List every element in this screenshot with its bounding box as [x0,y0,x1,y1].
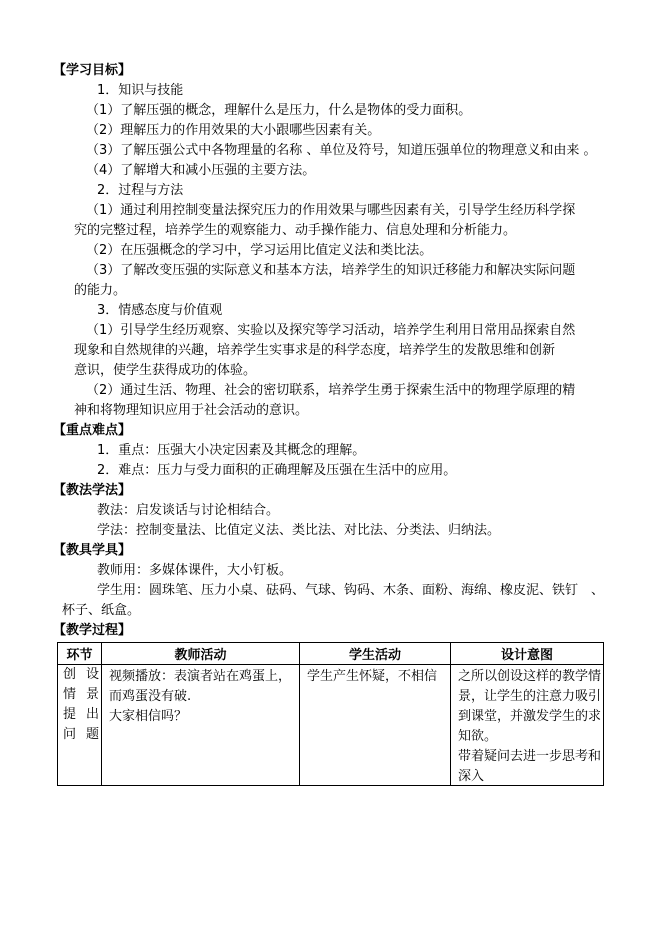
student-activity-line: 学生产生怀疑，不相信 [307,667,445,687]
lesson-plan-text: 【学习目标】1．知识与技能（1）了解压强的概念，理解什么是压力，什么是物体的受力… [53,61,605,641]
doc-line: （4）了解增大和减小压强的主要方法。 [53,161,605,181]
teacher-activity-text: 视频播放：表演者站在鸡蛋上，而鸡蛋没有破.大家相信吗？ [102,665,299,783]
doc-line: 杯子、纸盒。 [53,601,605,621]
teaching-process-table: 环节 教师活动 学生活动 设计意图 创 设情 景提 出问 题 视频播放：表演者站… [57,642,604,786]
design-intent-line: 带着疑问去进一步思考和 [458,747,598,767]
design-intent-line: 之所以创设这样的教学情 [458,667,598,687]
doc-line: （2）理解压力的作用效果的大小跟哪些因素有关。 [53,121,605,141]
col-header-teacher: 教师活动 [102,643,300,665]
table-header-row: 环节 教师活动 学生活动 设计意图 [58,643,604,665]
lesson-plan-page: 【学习目标】1．知识与技能（1）了解压强的概念，理解什么是压力，什么是物体的受力… [0,0,661,935]
doc-line: 【重点难点】 [53,421,605,441]
stage-line: 创 设 [63,665,99,685]
teacher-activity-line: 大家相信吗？ [109,707,294,727]
teacher-activity-line: 视频播放：表演者站在鸡蛋上， [109,667,294,687]
cell-design-intent: 之所以创设这样的教学情景，让学生的注意力吸引到课堂，并激发学生的求知欲。带着疑问… [451,665,604,786]
design-intent-line: 景，让学生的注意力吸引 [458,687,598,707]
doc-line: 学法：控制变量法、比值定义法、类比法、对比法、分类法、归纳法。 [53,521,605,541]
col-header-stage: 环节 [58,643,102,665]
doc-line: （2）在压强概念的学习中，学习运用比值定义法和类比法。 [53,241,605,261]
doc-line: （1）了解压强的概念，理解什么是压力，什么是物体的受力面积。 [53,101,605,121]
doc-line: 1．知识与技能 [53,81,605,101]
doc-line: （2）通过生活、物理、社会的密切联系，培养学生勇于探索生活中的物理学原理的精 [53,381,605,401]
doc-line: 3．情感态度与价值观 [53,301,605,321]
table-row: 创 设情 景提 出问 题 视频播放：表演者站在鸡蛋上，而鸡蛋没有破.大家相信吗？… [58,665,604,786]
stage-text: 创 设情 景提 出问 题 [58,665,101,745]
cell-student-activity: 学生产生怀疑，不相信 [300,665,451,786]
teacher-activity-line: 而鸡蛋没有破. [109,687,294,707]
cell-stage: 创 设情 景提 出问 题 [58,665,102,786]
col-header-intent: 设计意图 [451,643,604,665]
doc-line: 【教法学法】 [53,481,605,501]
doc-line: 1．重点：压强大小决定因素及其概念的理解。 [53,441,605,461]
doc-line: 现象和自然规律的兴趣，培养学生实事求是的科学态度，培养学生的发散思维和创新 [53,341,605,361]
student-activity-text: 学生产生怀疑，不相信 [300,665,450,783]
doc-line: 神和将物理知识应用于社会活动的意识。 [53,401,605,421]
col-header-student: 学生活动 [300,643,451,665]
stage-line: 情 景 [63,685,99,705]
design-intent-line: 深入 [458,767,598,783]
doc-line: 教师用：多媒体课件，大小钉板。 [53,561,605,581]
doc-line: 【教具学具】 [53,541,605,561]
design-intent-line: 到课堂，并激发学生的求 [458,707,598,727]
doc-line: 【学习目标】 [53,61,605,81]
doc-line: 【教学过程】 [53,621,605,641]
doc-line: 2．难点：压力与受力面积的正确理解及压强在生活中的应用。 [53,461,605,481]
doc-line: （3）了解改变压强的实际意义和基本方法，培养学生的知识迁移能力和解决实际问题 [53,261,605,281]
doc-line: 2．过程与方法 [53,181,605,201]
design-intent-line: 知欲。 [458,727,598,747]
doc-line: （3）了解压强公式中各物理量的名称 、单位及符号，知道压强单位的物理意义和由来 … [53,141,605,161]
doc-line: 学生用：圆珠笔、压力小桌、砝码、气球、钩码、木条、面粉、海绵、橡皮泥、铁钉 、 [53,581,605,601]
stage-line: 提 出 [63,705,99,725]
doc-line: 的能力。 [53,281,605,301]
doc-line: （1）引导学生经历观察、实验以及探究等学习活动，培养学生利用日常用品探索自然 [53,321,605,341]
cell-teacher-activity: 视频播放：表演者站在鸡蛋上，而鸡蛋没有破.大家相信吗？ [102,665,300,786]
stage-line: 问 题 [63,725,99,745]
doc-line: 意识，使学生获得成功的体验。 [53,361,605,381]
doc-line: （1）通过利用控制变量法探究压力的作用效果与哪些因素有关，引导学生经历科学探 [53,201,605,221]
doc-line: 教法：启发谈话与讨论相结合。 [53,501,605,521]
doc-line: 究的完整过程，培养学生的观察能力、动手操作能力、信息处理和分析能力。 [53,221,605,241]
design-intent-text: 之所以创设这样的教学情景，让学生的注意力吸引到课堂，并激发学生的求知欲。带着疑问… [451,665,603,783]
